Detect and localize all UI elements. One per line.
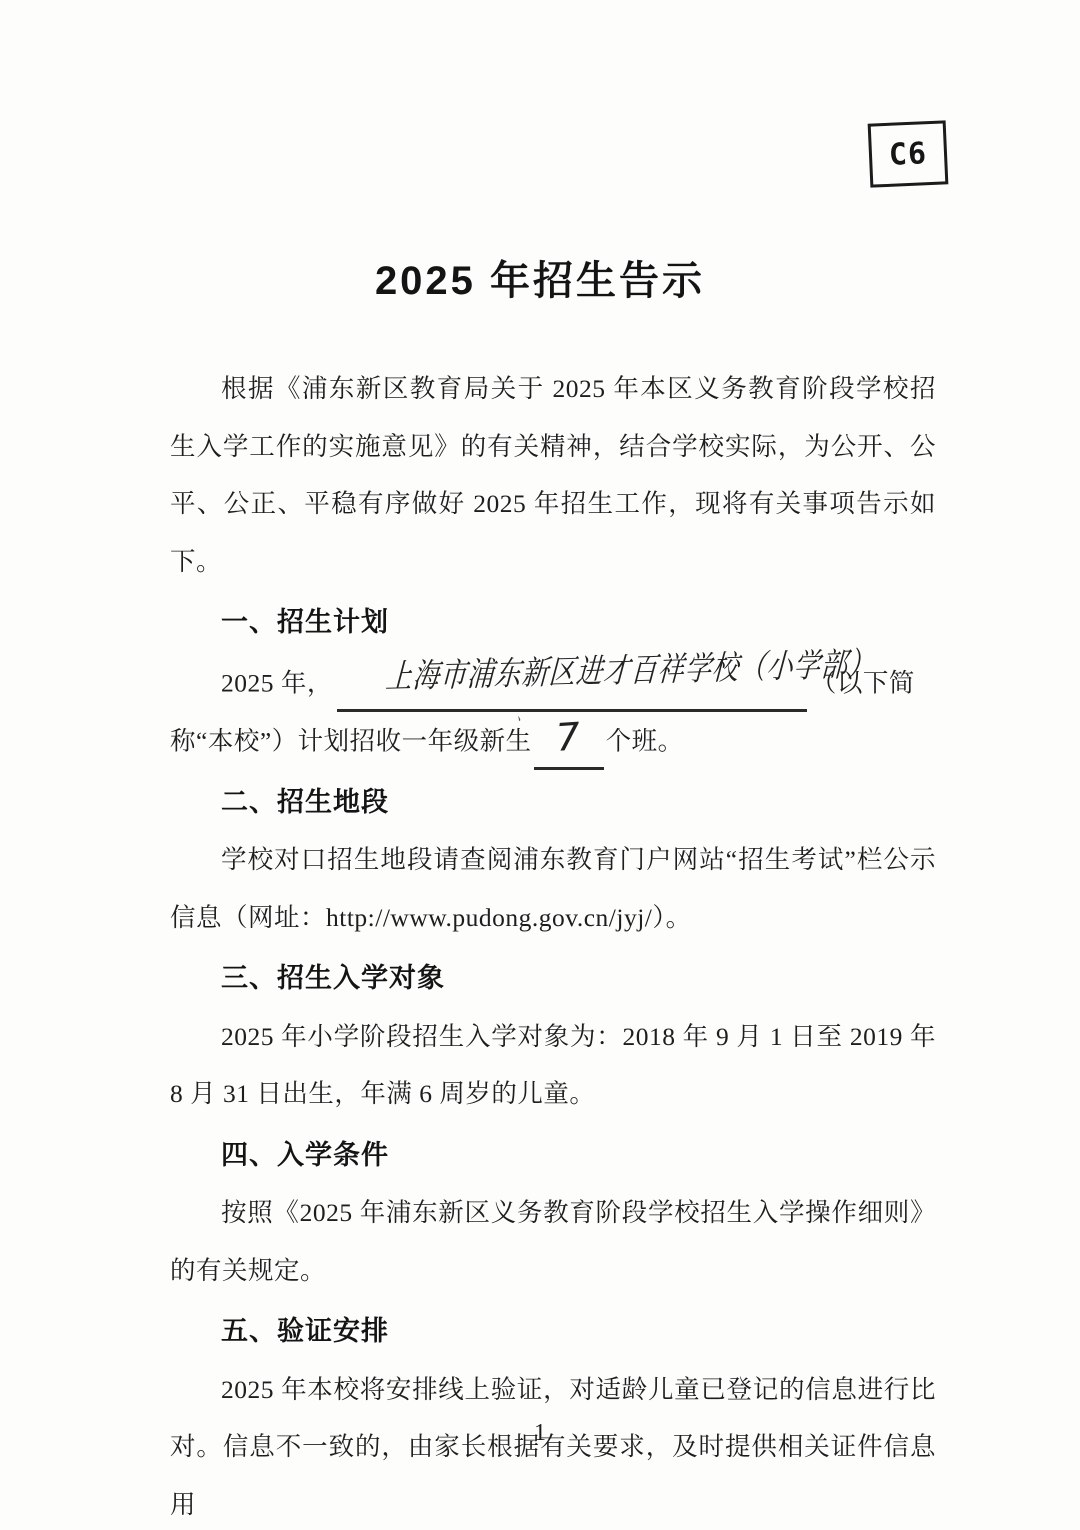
conditions-paragraph: 按照《2025 年浦东新区义务教育阶段学校招生入学操作细则》的有关规定。 — [170, 1184, 936, 1299]
plan-line-2: 称“本校”）计划招收一年级新生7个班。 — [170, 712, 936, 770]
plan-line2-suffix: 个班。 — [606, 726, 684, 755]
plan-line-1: 2025 年，上海市浦东新区进才百祥学校（小学部）（以下简 — [170, 652, 936, 712]
handwritten-class-count: 7 — [555, 711, 583, 763]
corner-code-box: C6 — [868, 120, 949, 187]
target-paragraph: 2025 年小学阶段招生入学对象为：2018 年 9 月 1 日至 2019 年… — [170, 1008, 936, 1123]
page-number: 1 — [0, 1420, 1080, 1447]
page-title: 2025 年招生告示 — [0, 249, 1080, 306]
class-count-blank-line: 7 — [534, 712, 604, 770]
section-heading-district: 二、招生地段 — [221, 774, 936, 832]
section-heading-target: 三、招生入学对象 — [221, 950, 936, 1008]
district-paragraph: 学校对口招生地段请查阅浦东教育门户网站“招生考试”栏公示信息（网址：http:/… — [170, 831, 936, 946]
school-name-blank-line: 上海市浦东新区进才百祥学校（小学部） — [337, 652, 807, 712]
section-heading-verification: 五、验证安排 — [221, 1303, 936, 1361]
scanned-document-page: C6 2025 年招生告示 根据《浦东新区教育局关于 2025 年本区义务教育阶… — [0, 0, 1080, 1530]
corner-code-label: C6 — [888, 136, 928, 173]
document-body: 根据《浦东新区教育局关于 2025 年本区义务教育阶段学校招生入学工作的实施意见… — [170, 360, 936, 1530]
plan-line2-prefix: 称“本校”）计划招收一年级新生 — [170, 726, 532, 755]
plan-line1-prefix: 2025 年， — [221, 668, 333, 697]
intro-paragraph: 根据《浦东新区教育局关于 2025 年本区义务教育阶段学校招生入学工作的实施意见… — [170, 360, 936, 590]
section-heading-conditions: 四、入学条件 — [221, 1127, 936, 1185]
